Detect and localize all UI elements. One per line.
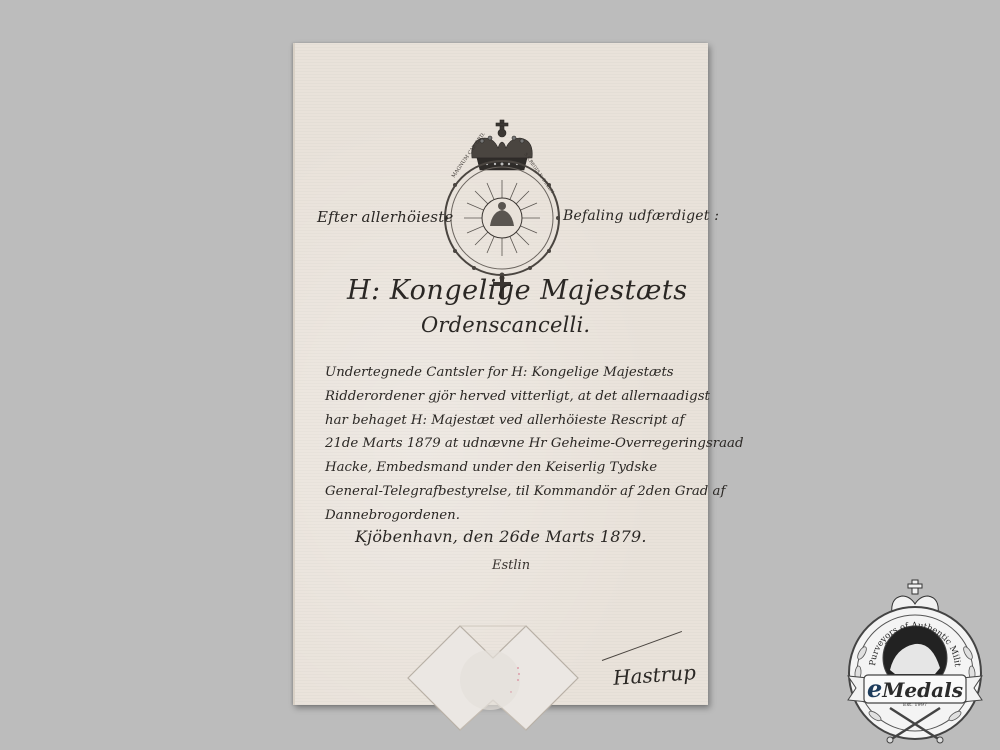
chancellor-signature: Hastrup	[612, 660, 696, 690]
body-line: Undertegnede Cantsler for H: Kongelige M…	[325, 365, 705, 389]
header-left-text: Efter allerhöieste	[317, 208, 454, 226]
established-text: Est. 1997	[840, 702, 990, 708]
body-line: Ridderordener gjör herved vitterligt, at…	[325, 389, 705, 413]
embossed-seal-icon	[398, 618, 588, 743]
emedals-brand-text: eMedals	[840, 674, 990, 703]
header-right-text: Befaling udfærdiget :	[563, 208, 719, 224]
body-line: 21de Marts 1879 at udnævne Hr Geheime-Ov…	[325, 436, 705, 460]
dateline: Kjöbenhavn, den 26de Marts 1879.	[355, 527, 647, 546]
body-line: har behaget H: Majestæt ved allerhöieste…	[325, 413, 705, 437]
emedals-badge-icon: Purveyors of Authentic Militaria	[840, 578, 990, 746]
emedals-watermark-logo: Purveyors of Authentic Militaria eMedals…	[840, 578, 990, 746]
signature-rule	[602, 631, 682, 661]
document-subtitle: Ordenscancelli.	[421, 313, 590, 337]
document-body: Undertegnede Cantsler for H: Kongelige M…	[325, 365, 705, 532]
secretary-signature: Estlin	[492, 558, 530, 573]
document-paper: MAGNUM CAP. ORD. S.S.REGIS K. DELLN Efte…	[293, 43, 708, 705]
brand-name: Medals	[882, 678, 963, 702]
brand-e-letter: e	[867, 674, 882, 703]
body-line: Hacke, Embedsmand under den Keiserlig Ty…	[325, 460, 705, 484]
body-line: General-Telegrafbestyrelse, til Kommandö…	[325, 484, 705, 508]
document-title: H: Kongelige Majestæts	[347, 275, 688, 306]
